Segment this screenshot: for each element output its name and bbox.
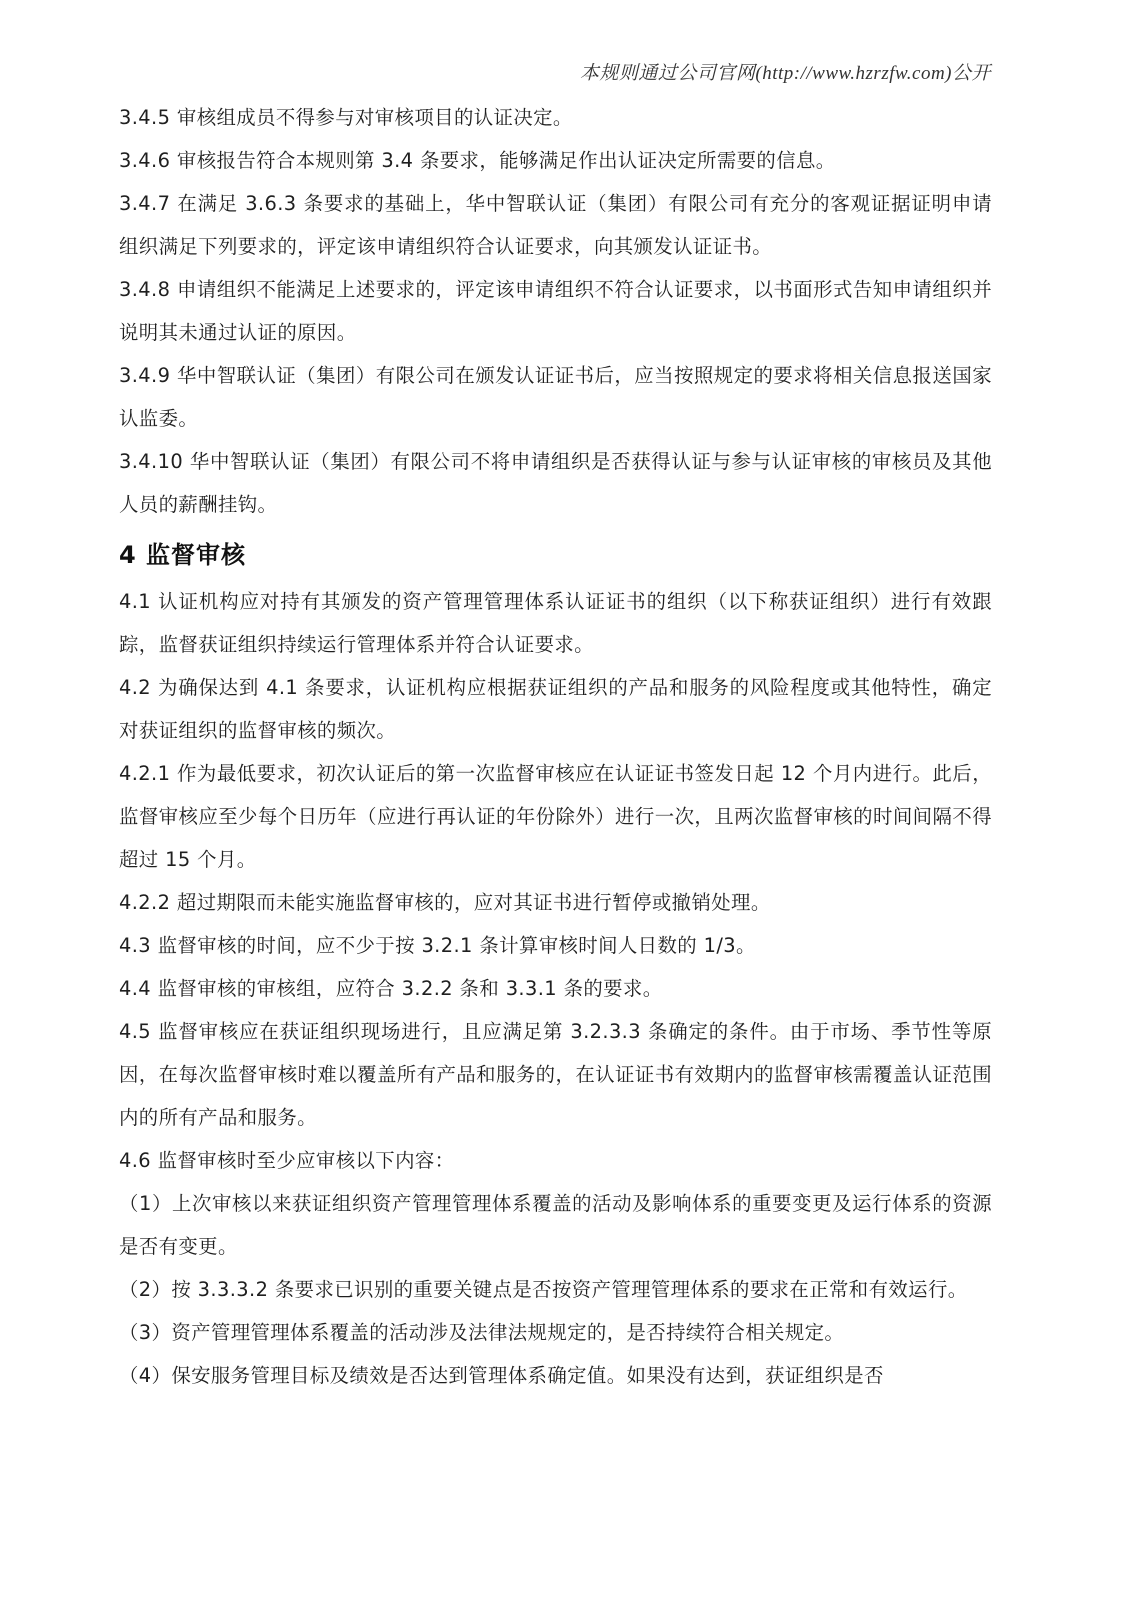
document-body: 3.4.5 审核组成员不得参与对审核项目的认证决定。 3.4.6 审核报告符合本…: [119, 96, 992, 1397]
clause-4-2-2: 4.2.2 超过期限而未能实施监督审核的，应对其证书进行暂停或撤销处理。: [119, 881, 992, 924]
clause-4-4: 4.4 监督审核的审核组，应符合 3.2.2 条和 3.3.1 条的要求。: [119, 967, 992, 1010]
clause-3-4-9: 3.4.9 华中智联认证（集团）有限公司在颁发认证证书后，应当按照规定的要求将相…: [119, 354, 992, 440]
clause-4-1: 4.1 认证机构应对持有其颁发的资产管理管理体系认证证书的组织（以下称获证组织）…: [119, 580, 992, 666]
section-heading-4: 4 监督审核: [119, 530, 992, 580]
clause-4-5: 4.5 监督审核应在获证组织现场进行，且应满足第 3.2.3.3 条确定的条件。…: [119, 1010, 992, 1139]
clause-3-4-6: 3.4.6 审核报告符合本规则第 3.4 条要求，能够满足作出认证决定所需要的信…: [119, 139, 992, 182]
clause-3-4-7: 3.4.7 在满足 3.6.3 条要求的基础上，华中智联认证（集团）有限公司有充…: [119, 182, 992, 268]
clause-4-6-item-3: （3）资产管理管理体系覆盖的活动涉及法律法规规定的，是否持续符合相关规定。: [119, 1311, 992, 1354]
clause-3-4-10: 3.4.10 华中智联认证（集团）有限公司不将申请组织是否获得认证与参与认证审核…: [119, 440, 992, 526]
clause-4-6-item-4: （4）保安服务管理目标及绩效是否达到管理体系确定值。如果没有达到，获证组织是否: [119, 1354, 992, 1397]
clause-4-3: 4.3 监督审核的时间，应不少于按 3.2.1 条计算审核时间人日数的 1/3。: [119, 924, 992, 967]
clause-4-2: 4.2 为确保达到 4.1 条要求，认证机构应根据获证组织的产品和服务的风险程度…: [119, 666, 992, 752]
page-header-notice: 本规则通过公司官网(http://www.hzrzfw.com)公开: [580, 58, 991, 85]
clause-4-6-item-2: （2）按 3.3.3.2 条要求已识别的重要关键点是否按资产管理管理体系的要求在…: [119, 1268, 992, 1311]
clause-4-6: 4.6 监督审核时至少应审核以下内容：: [119, 1139, 992, 1182]
clause-4-2-1: 4.2.1 作为最低要求，初次认证后的第一次监督审核应在认证证书签发日起 12 …: [119, 752, 992, 881]
clause-3-4-5: 3.4.5 审核组成员不得参与对审核项目的认证决定。: [119, 96, 992, 139]
clause-3-4-8: 3.4.8 申请组织不能满足上述要求的，评定该申请组织不符合认证要求，以书面形式…: [119, 268, 992, 354]
clause-4-6-item-1: （1）上次审核以来获证组织资产管理管理体系覆盖的活动及影响体系的重要变更及运行体…: [119, 1182, 992, 1268]
